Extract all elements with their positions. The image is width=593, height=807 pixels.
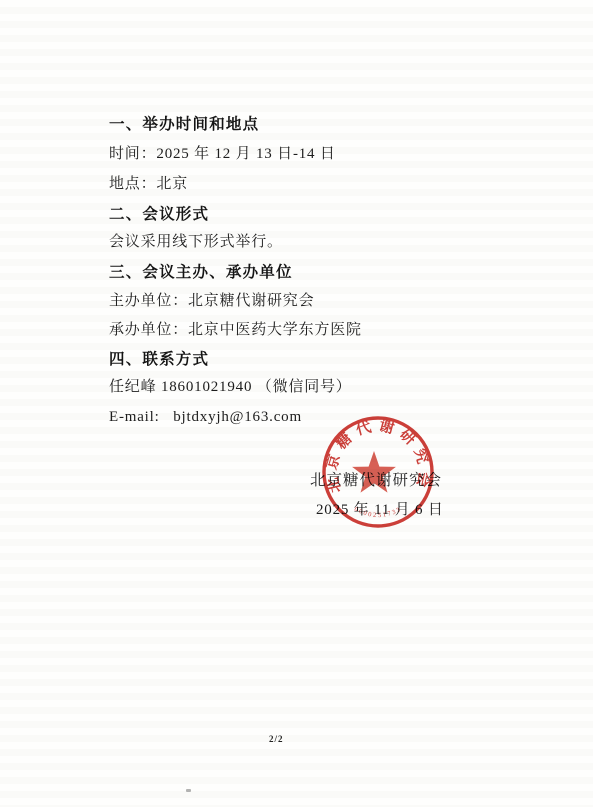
section-heading-contact: 四、联系方式 — [109, 351, 209, 369]
contact-phone-line: 任纪峰 18601021940 （微信同号） — [109, 379, 352, 396]
scan-speck — [186, 789, 191, 792]
page-number: 2/2 — [269, 734, 284, 744]
scanned-document-page: { "doc": { "lines": [ { "text": "一、举办时间和… — [0, 0, 593, 807]
seal-serial-number: 0000251733 — [353, 506, 403, 519]
section-heading-meeting-format: 二、会议形式 — [109, 206, 209, 224]
red-star-icon — [352, 451, 396, 493]
section-heading-time-location: 一、举办时间和地点 — [109, 116, 259, 134]
contact-email-line: E-mail: bjtdxyjh@163.com — [109, 409, 302, 426]
organizer-unit-line: 承办单位：北京中医药大学东方医院 — [109, 322, 362, 339]
time-line: 时间：2025 年 12 月 13 日-14 日 — [109, 146, 336, 163]
section-heading-organizers: 三、会议主办、承办单位 — [109, 264, 293, 282]
host-unit-line: 主办单位：北京糖代谢研究会 — [109, 293, 314, 310]
official-seal-stamp: 北京糖代谢研究会 0000251733 — [316, 410, 440, 534]
location-line: 地点：北京 — [109, 176, 188, 193]
meeting-format-line: 会议采用线下形式举行。 — [109, 234, 283, 251]
